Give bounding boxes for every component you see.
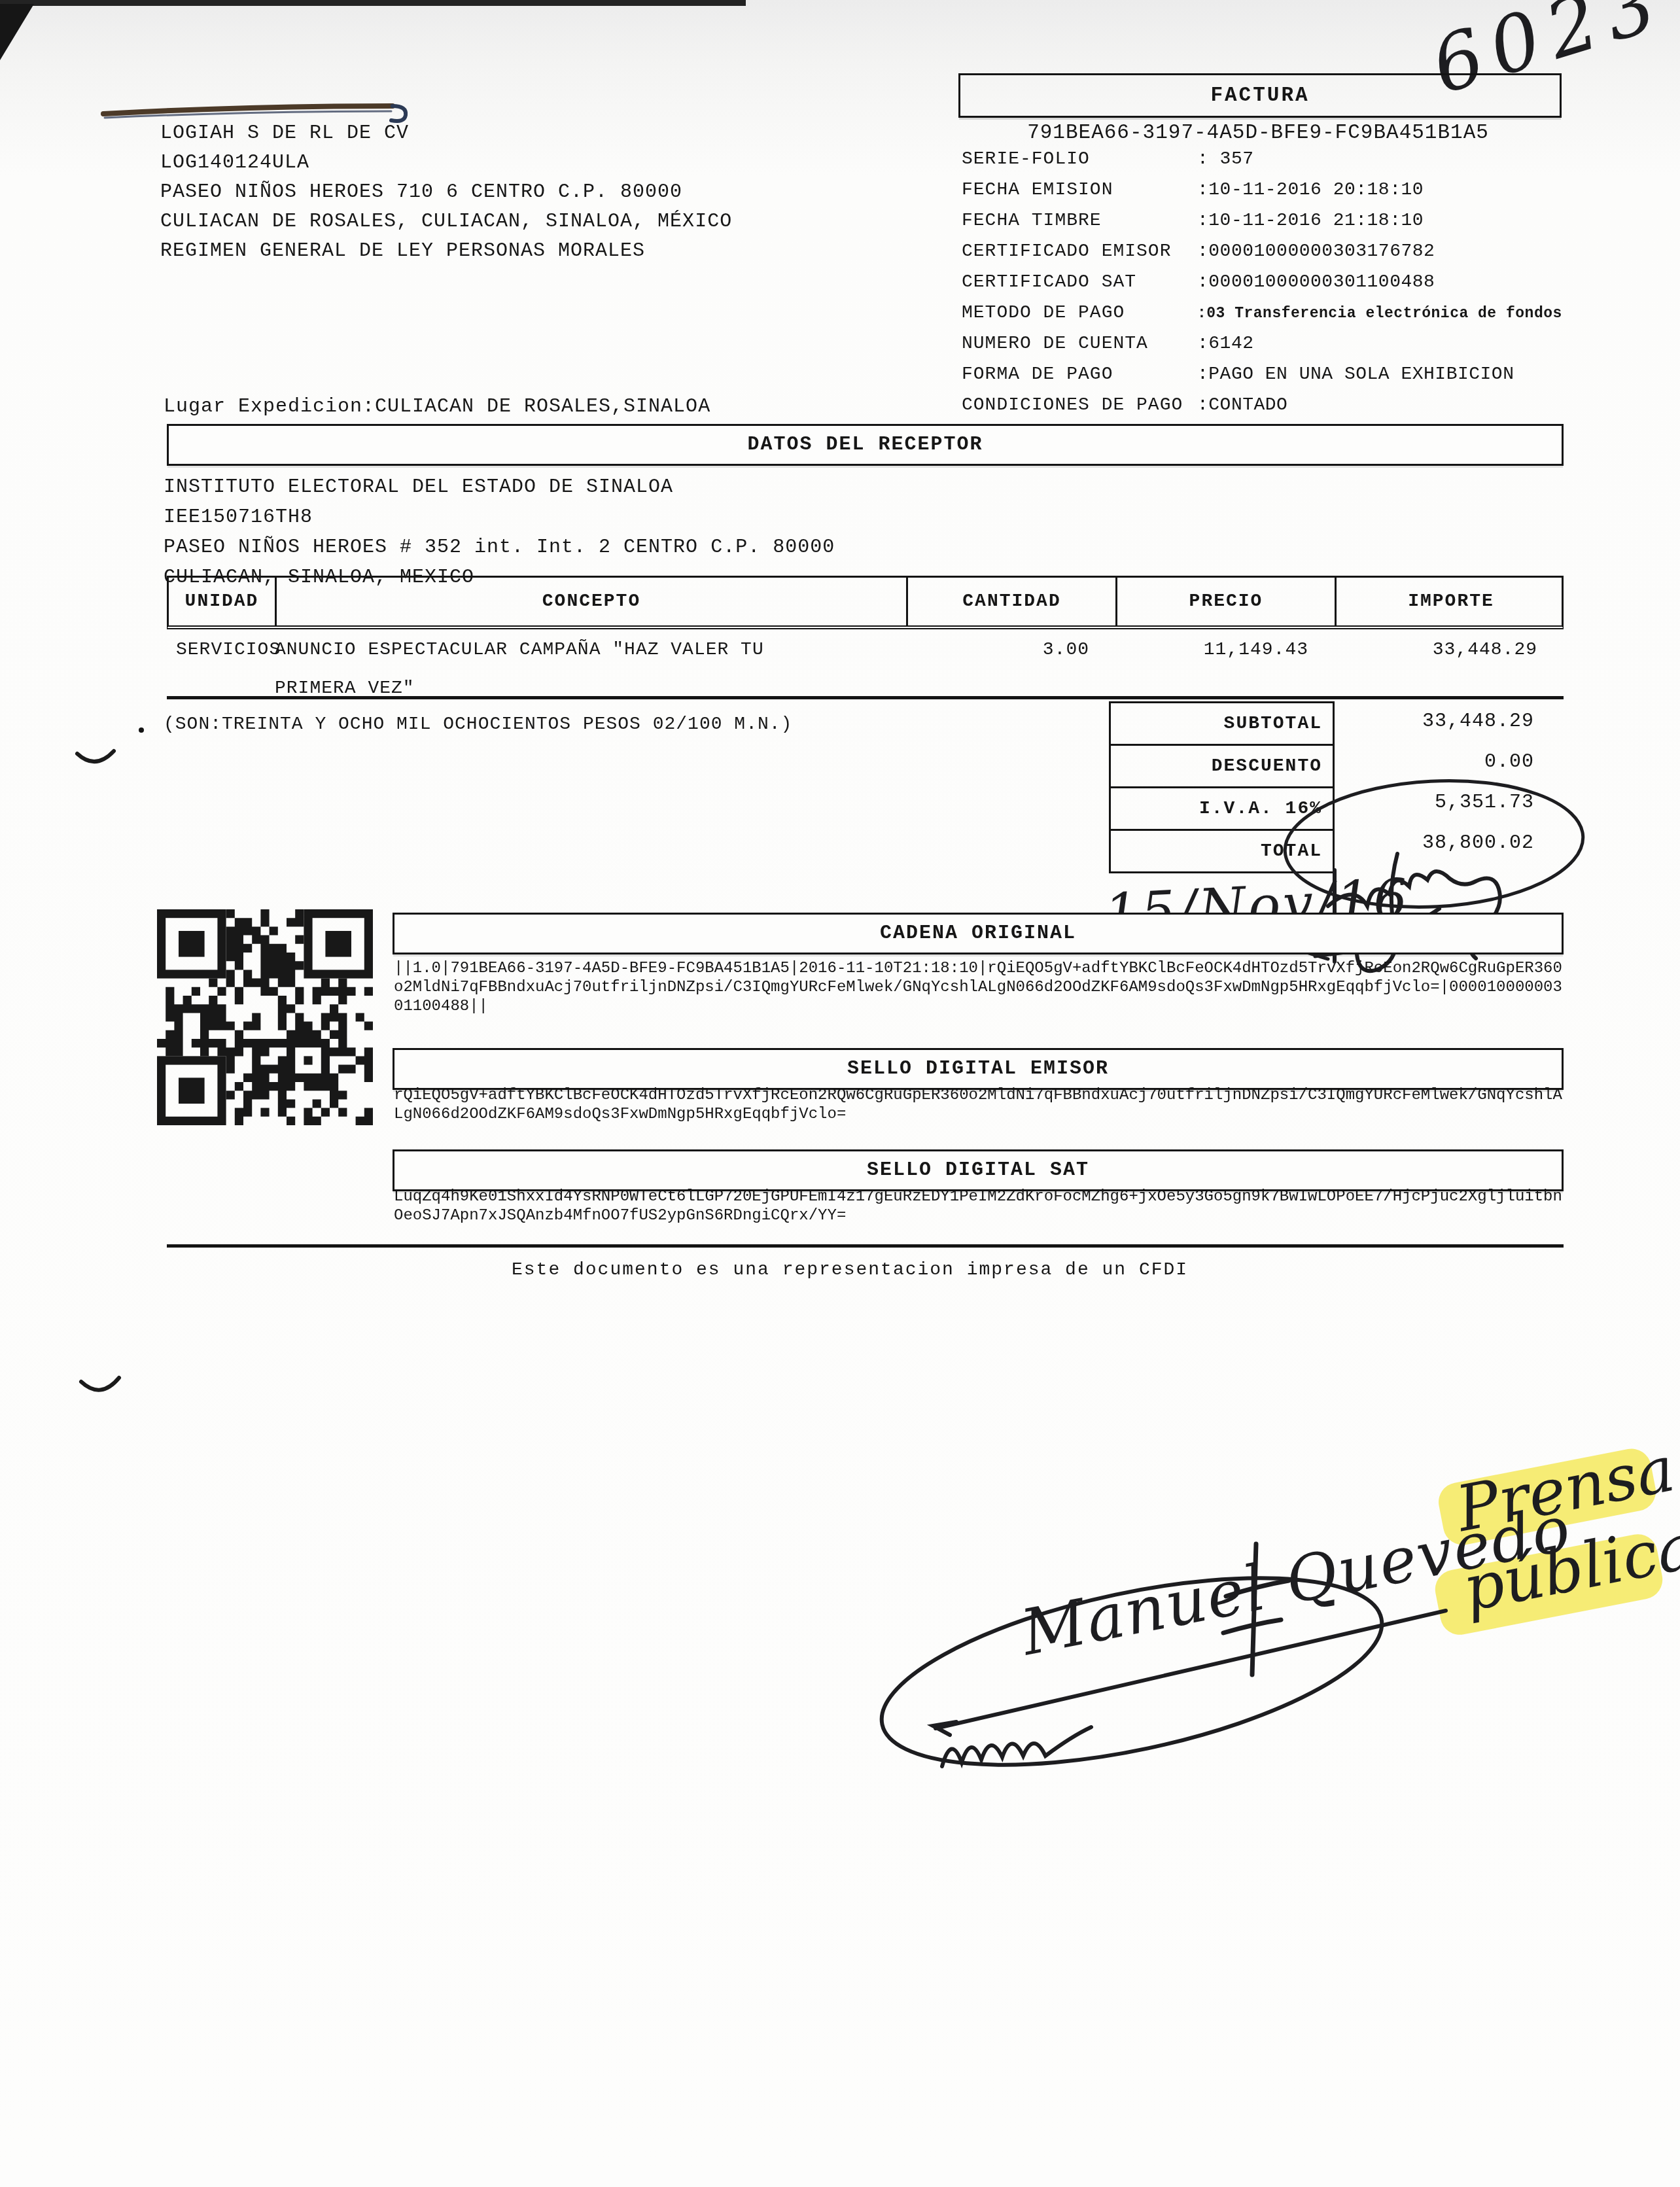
invoice-scan-page: 6023 LOGIAH S DE RL DE CV LOG140124ULA P…: [0, 0, 1680, 2187]
signature-scribble: [0, 0, 1680, 1963]
